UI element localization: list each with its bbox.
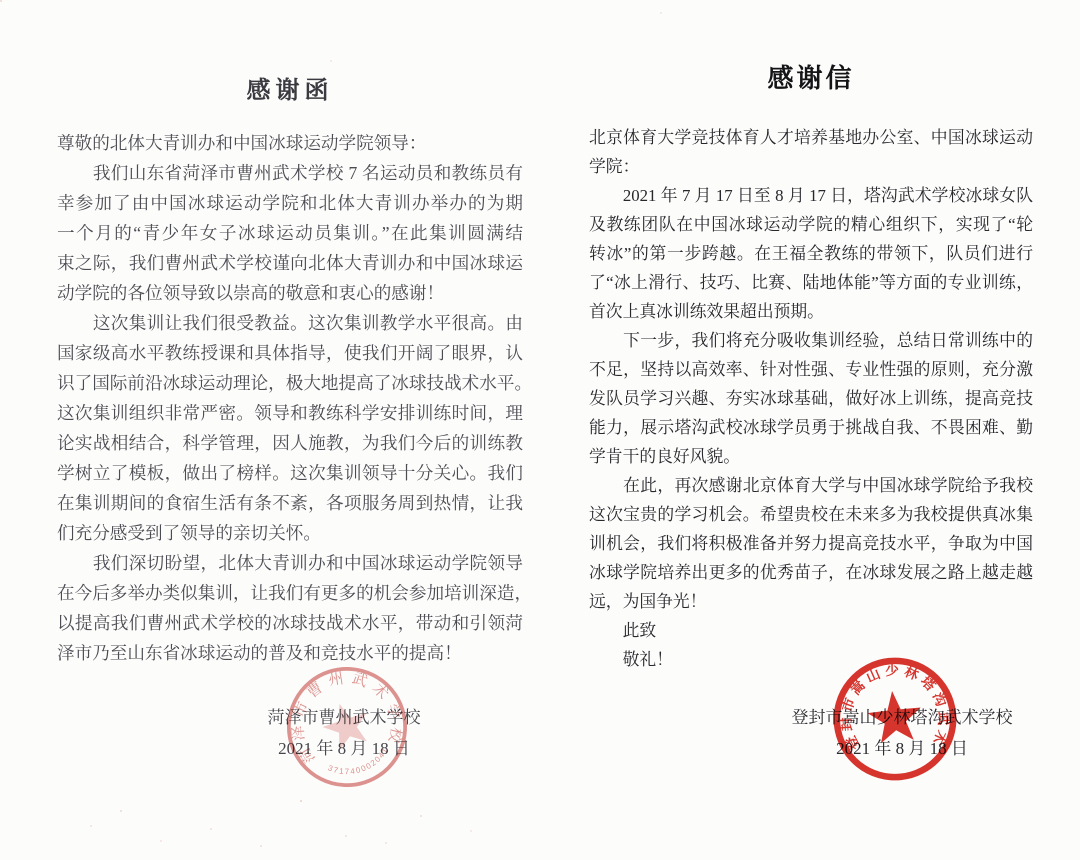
letter-line: 下一步，我们将充分吸收集训经验，总结日常训练中的 [589, 326, 1033, 355]
letter-line: 泽市乃至山东省冰球运动的普及和竞技水平的提高！ [57, 638, 523, 668]
letter-line: 一个月的“青少年女子冰球运动员集训。”在此集训圆满结 [57, 218, 523, 248]
letter-left-body: 尊敬的北体大青训办和中国冰球运动学院领导： 我们山东省菏泽市曹州武术学校 7 名… [57, 128, 523, 668]
letter-line: 2021 年 7 月 17 日至 8 月 17 日，塔沟武术学校冰球女队 [589, 181, 1033, 210]
letter-line: 我们山东省菏泽市曹州武术学校 7 名运动员和教练员有 [57, 158, 523, 188]
signature-date: 2021 年 8 月 18 日 [187, 733, 501, 764]
letter-line: 冰球学院培养出更多的优秀苗子，在冰球发展之路上越走越 [589, 558, 1033, 587]
letter-line: 在今后多举办类似集训，让我们有更多的机会参加培训深造， [57, 578, 523, 608]
letter-line: 论实战相结合，科学管理，因人施教，为我们今后的训练教 [57, 428, 523, 458]
letter-line: 我们深切盼望，北体大青训办和中国冰球运动学院领导 [57, 548, 523, 578]
letter-line: 幸参加了由中国冰球运动学院和北体大青训办举办的为期 [57, 188, 523, 218]
letter-line: 动学院的各位领导致以崇高的敬意和衷心的感谢！ [57, 278, 523, 308]
letter-left: 感谢函 尊敬的北体大青训办和中国冰球运动学院领导： 我们山东省菏泽市曹州武术学校… [57, 0, 523, 860]
letter-line: 学树立了模板，做出了榜样。这次集训领导十分关心。我们 [57, 458, 523, 488]
letter-line: 北京体育大学竞技体育人才培养基地办公室、中国冰球运动 [589, 123, 1033, 152]
letter-left-title: 感谢函 [57, 70, 523, 105]
letter-line: 了“冰上滑行、技巧、比赛、陆地体能”等方面的专业训练， [589, 268, 1033, 297]
letter-line: 国家级高水平教练授课和具体指导，使我们开阔了眼界，认 [57, 338, 523, 368]
letter-line: 能力，展示塔沟武校冰球学员勇于挑战自我、不畏困难、勤 [589, 413, 1033, 442]
letter-line: 远，为国争光！ [589, 587, 1033, 616]
letter-line: 及教练团队在中国冰球运动学院的精心组织下，实现了“轮 [589, 210, 1033, 239]
letter-line: 此致 [589, 616, 1033, 645]
signature-school: 菏泽市曹州武术学校 [187, 702, 501, 733]
letter-line: 转冰”的第一步跨越。在王福全教练的带领下，队员们进行 [589, 239, 1033, 268]
letter-line: 学肯干的良好风貌。 [589, 442, 1033, 471]
letter-line: 训机会，我们将积极准备并努力提高竞技水平，争取为中国 [589, 529, 1033, 558]
letter-right-title: 感谢信 [589, 58, 1033, 95]
letter-left-signature: 菏泽市曹州武术学校 2021 年 8 月 18 日 [187, 702, 501, 764]
letter-right-body: 北京体育大学竞技体育人才培养基地办公室、中国冰球运动 学院： 2021 年 7 … [589, 123, 1033, 674]
letter-right-signature: 登封市嵩山少林塔沟武术学校 2021 年 8 月 18 日 [762, 702, 1042, 764]
signature-school: 登封市嵩山少林塔沟武术学校 [762, 702, 1042, 733]
letter-line: 以提高我们曹州武术学校的冰球技战术水平，带动和引领菏 [57, 608, 523, 638]
letter-line: 们充分感受到了领导的亲切关怀。 [57, 518, 523, 548]
letter-line: 束之际，我们曹州武术学校谨向北体大青训办和中国冰球运 [57, 248, 523, 278]
letter-line: 在此，再次感谢北京体育大学与中国冰球学院给予我校 [589, 471, 1033, 500]
letter-line: 尊敬的北体大青训办和中国冰球运动学院领导： [57, 128, 523, 158]
signature-date: 2021 年 8 月 18 日 [762, 733, 1042, 764]
letter-line: 这次集训组织非常严密。领导和教练科学安排训练时间，理 [57, 398, 523, 428]
letter-line: 这次宝贵的学习机会。希望贵校在未来多为我校提供真冰集 [589, 500, 1033, 529]
letter-line: 这次集训让我们很受教益。这次集训教学水平很高。由 [57, 308, 523, 338]
letter-right: 感谢信 北京体育大学竞技体育人才培养基地办公室、中国冰球运动 学院： 2021 … [589, 0, 1033, 860]
letter-line: 在集训期间的食宿生活有条不紊，各项服务周到热情，让我 [57, 488, 523, 518]
letter-line: 识了国际前沿冰球运动理论，极大地提高了冰球技战术水平。 [57, 368, 523, 398]
scan-noise [0, 0, 2, 2]
letter-line: 不足，坚持以高效率、针对性强、专业性强的原则，充分激 [589, 355, 1033, 384]
letter-line: 首次上真冰训练效果超出预期。 [589, 297, 1033, 326]
letter-line: 学院： [589, 152, 1033, 181]
letter-line: 敬礼！ [589, 645, 1033, 674]
letter-line: 发队员学习兴趣、夯实冰球基础，做好冰上训练，提高竞技 [589, 384, 1033, 413]
